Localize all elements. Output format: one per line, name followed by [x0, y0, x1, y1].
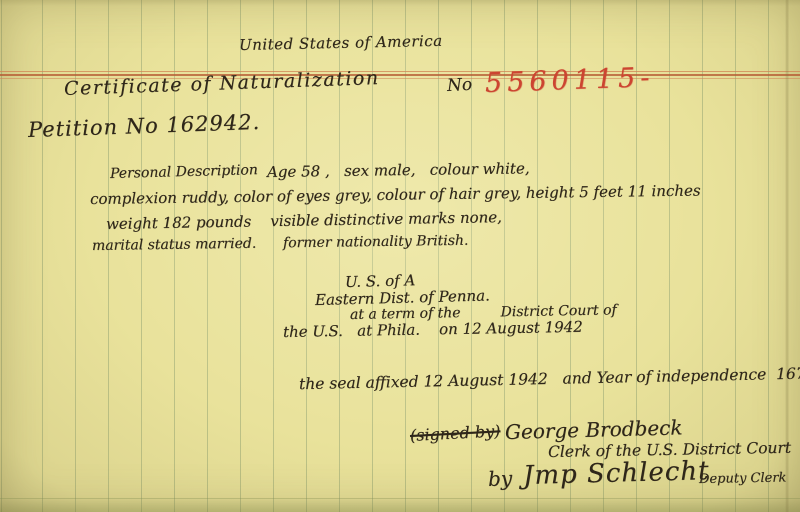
by-label: by [488, 467, 513, 490]
personal-description-label: Personal Description [110, 163, 258, 182]
court-location-date-line: the U.S. at Phila. on 12 August 1942 [283, 319, 583, 341]
independence-year: 167. [776, 364, 800, 383]
certificate-title: Certificate of Naturalization [64, 68, 380, 100]
petition-number-line: Petition No 162942. [28, 111, 261, 142]
description-line-age-sex-colour: Age 58 , sex male, colour white, [267, 160, 530, 180]
signed-by-note: (signed by) [410, 422, 501, 444]
certificate-number: 5560115- [484, 63, 654, 99]
description-line-complexion-eyes-hair-height: complexion ruddy, color of eyes grey, co… [90, 182, 701, 207]
paper-bottom-crease [0, 498, 800, 499]
description-line-marital-nationality: marital status married. former nationali… [92, 234, 469, 255]
seal-affixed-line: the seal affixed 12 August 1942 and Year… [299, 365, 800, 393]
seal-affixed-text: the seal affixed 12 August 1942 and Year… [299, 365, 776, 393]
deputy-clerk-signature: Jmp Schlecht [523, 457, 710, 490]
naturalization-record-page: United States of America Certificate of … [0, 0, 800, 512]
description-line-weight-marks: weight 182 pounds visible distinctive ma… [106, 209, 502, 232]
country-title: United States of America [239, 33, 443, 54]
deputy-clerk-title: Deputy Clerk [699, 471, 787, 487]
paper-right-crease [785, 0, 789, 512]
clerk-signature: George Brodbeck [505, 416, 683, 443]
red-header-rule-top [0, 71, 800, 72]
certificate-number-label: No [447, 76, 473, 96]
